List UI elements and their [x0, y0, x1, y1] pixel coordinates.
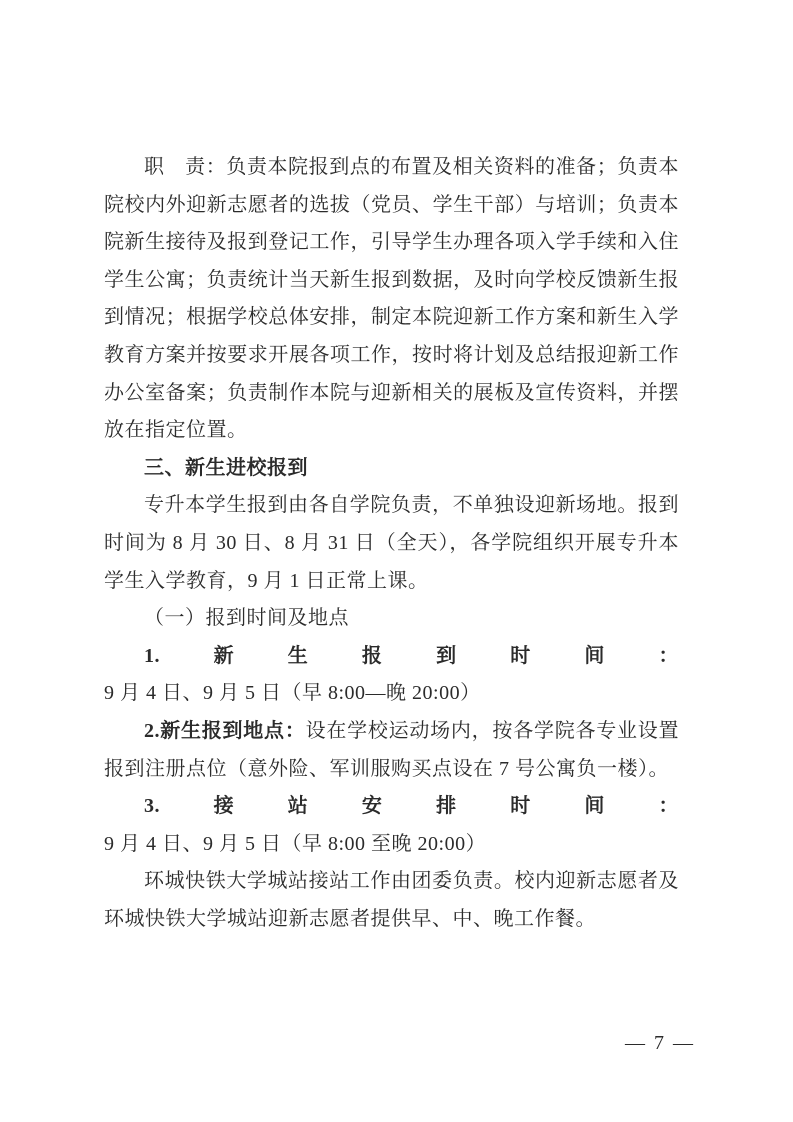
item-station-time: 3.接站安排时间：9 月 4 日、9 月 5 日（早 8:00 至晚 20:00… [104, 788, 679, 863]
subsection-heading: （一）报到时间及地点 [104, 600, 679, 638]
document-page: 职 责：负责本院报到点的布置及相关资料的准备；负责本院校内外迎新志愿者的选拔（党… [0, 0, 793, 1122]
station-paragraph: 环城快铁大学城站接站工作由团委负责。校内迎新志愿者及环城快铁大学城站迎新志愿者提… [104, 863, 679, 938]
item-station-time-text: 9 月 4 日、9 月 5 日（早 8:00 至晚 20:00） [104, 833, 486, 855]
item-report-time-label: 1.新生报到时间： [144, 645, 679, 667]
item-station-time-label: 3.接站安排时间： [144, 795, 679, 817]
item-report-place: 2.新生报到地点：设在学校运动场内，按各学院各专业设置报到注册点位（意外险、军训… [104, 713, 679, 788]
duties-paragraph: 职 责：负责本院报到点的布置及相关资料的准备；负责本院校内外迎新志愿者的选拔（党… [104, 149, 679, 450]
section-heading: 三、新生进校报到 [104, 450, 679, 488]
item-report-place-label: 2.新生报到地点： [144, 720, 306, 742]
document-body: 职 责：负责本院报到点的布置及相关资料的准备；负责本院校内外迎新志愿者的选拔（党… [104, 149, 679, 938]
intro-paragraph: 专升本学生报到由各自学院负责，不单独设迎新场地。报到时间为 8 月 30 日、8… [104, 487, 679, 600]
page-number: — 7 — [625, 1032, 695, 1055]
item-report-time: 1.新生报到时间：9 月 4 日、9 月 5 日（早 8:00—晚 20:00） [104, 638, 679, 713]
item-report-time-text: 9 月 4 日、9 月 5 日（早 8:00—晚 20:00） [104, 682, 481, 704]
